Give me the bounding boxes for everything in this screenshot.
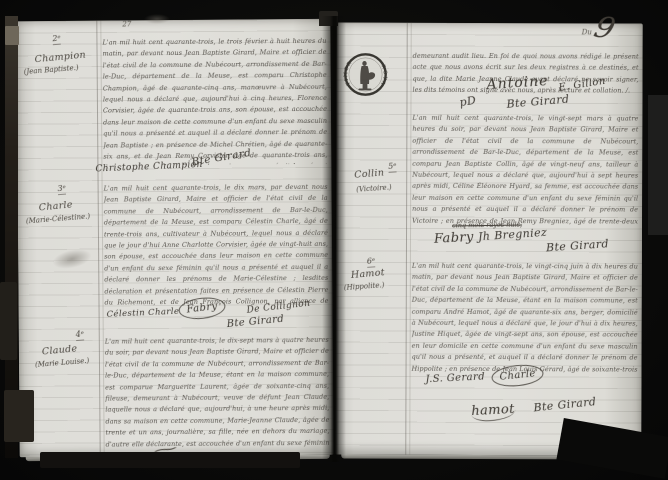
signature: J.S. Gerard (425, 371, 485, 385)
margin-rule (405, 23, 408, 455)
bottom-shadow (40, 452, 300, 468)
edge-damage-patch (0, 282, 17, 360)
register-photo: 27 2ᵉ Champion (Jean Baptiste.) L'an mil… (0, 0, 668, 480)
entry-number: 5ᵉ (388, 161, 397, 173)
corner-flourish: 9 (590, 13, 618, 45)
entry-surname: Hamot (350, 267, 385, 281)
margin-rule-faint (409, 23, 412, 455)
signature: Bte Girard (226, 314, 284, 330)
entry-number: 2ᵉ (52, 34, 61, 46)
signature: Bte Girard (546, 237, 610, 254)
edge-damage-patch (4, 390, 34, 442)
entry-body: L'an mil huit cent quarante-trois, le vi… (412, 261, 638, 374)
signature: hamot (471, 402, 515, 422)
folio-mark: 27 (122, 20, 131, 28)
signature: Fabry (434, 230, 474, 247)
entry-given-name: (Victoire.) (356, 183, 392, 193)
entry-given-name: (Jean Baptiste.) (23, 64, 78, 76)
binding-tab (319, 11, 338, 26)
entry-body: L'an mil huit cent quarante-trois, le vi… (412, 113, 638, 228)
timbre-royal-stamp: TIMBRE ROYAL (343, 52, 388, 97)
pencil-smudge (144, 14, 170, 24)
entry-body: L'an mil huit cent quarante-trois, le di… (105, 335, 330, 452)
left-page: 27 2ᵉ Champion (Jean Baptiste.) L'an mil… (16, 19, 333, 457)
entry-given-name: (Marie Louise.) (35, 357, 90, 369)
right-edge-band (648, 95, 668, 235)
page-corner-shadow (556, 418, 668, 479)
entry-number: 6ᵉ (367, 256, 376, 268)
entry-number: 4ᵉ (75, 329, 84, 341)
entry-surname: Charle (38, 199, 73, 213)
entry-number: 3ᵉ (57, 184, 66, 196)
signature: Célestin Charle (106, 307, 179, 320)
signature: Bte Girard (533, 395, 597, 414)
entry-given-name: (Hippolite.) (344, 281, 385, 292)
signature-paraph: pD (458, 94, 477, 110)
entry-surname: Champion (34, 49, 86, 65)
entry-given-name: (Marie-Célestine.) (26, 212, 91, 225)
entry-body: L'an mil huit cent quarante-trois, le di… (104, 182, 329, 308)
entry-surname: Claude (41, 343, 77, 357)
cover-corner-patch (5, 26, 19, 45)
entry-body: L'an mil huit cent quarante-trois, le tr… (102, 36, 327, 166)
corner-mark: Du (582, 28, 592, 36)
entry-surname: Collin (354, 167, 385, 180)
